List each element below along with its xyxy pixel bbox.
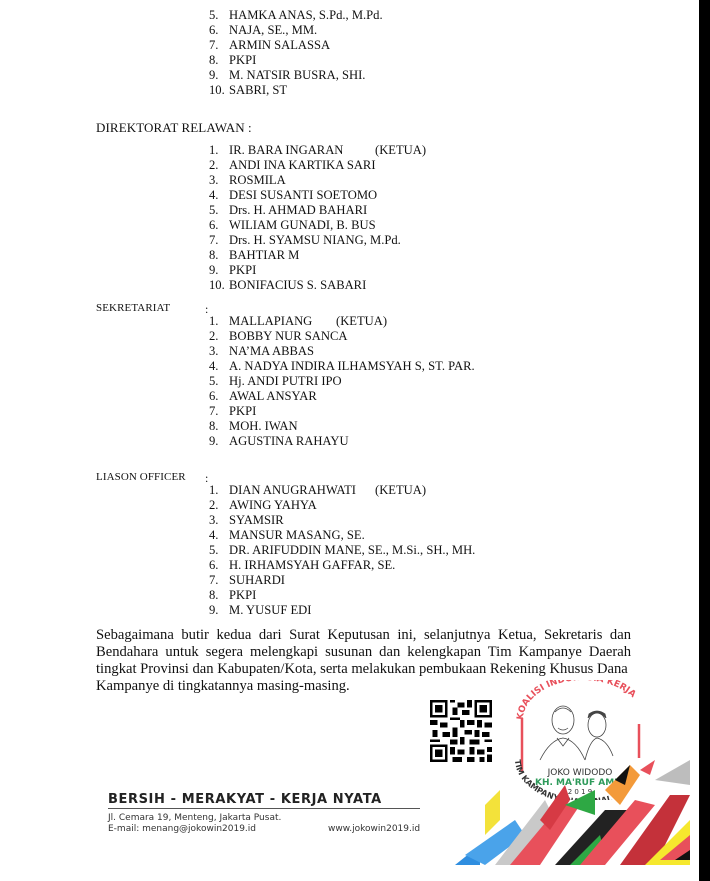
footer-motto: BERSIH - MERAKYAT - KERJA NYATA [108, 792, 382, 807]
list-item: 9.AGUSTINA RAHAYU [209, 434, 475, 449]
item-number: 1. [209, 314, 229, 329]
list-item: 1.IR. BARA INGARAN(KETUA) [209, 143, 401, 158]
member-name: AWAL ANSYAR [229, 389, 317, 403]
section-label-liason-officer: LIASON OFFICER [96, 471, 186, 483]
list-item: 4.MANSUR MASANG, SE. [209, 528, 475, 543]
member-name: BAHTIAR M [229, 248, 299, 262]
member-name: SABRI, ST [229, 83, 287, 97]
list-item: 10.SABRI, ST [209, 83, 383, 98]
paragraph-body: Sebagaimana butir kedua dari Surat Keput… [96, 627, 631, 678]
item-number: 6. [209, 389, 229, 404]
member-name: MALLAPIANG [229, 314, 312, 328]
member-name: H. IRHAMSYAH GAFFAR, SE. [229, 558, 395, 572]
member-name: IR. BARA INGARAN [229, 143, 343, 157]
list-item: 2.ANDI INA KARTIKA SARI [209, 158, 401, 173]
item-number: 10. [209, 278, 229, 293]
member-name: MOH. IWAN [229, 419, 298, 433]
section-label-sekretariat: SEKRETARIAT [96, 302, 170, 314]
item-number: 2. [209, 498, 229, 513]
item-number: 2. [209, 329, 229, 344]
item-number: 8. [209, 248, 229, 263]
svg-text:KOALISI INDONESIA KERJA: KOALISI INDONESIA KERJA [516, 680, 638, 720]
member-name: A. NADYA INDIRA ILHAMSYAH S, ST. PAR. [229, 359, 475, 373]
footer-address: Jl. Cemara 19, Menteng, Jakarta Pusat. [108, 813, 281, 823]
member-list-continued: 5.HAMKA ANAS, S.Pd., M.Pd.6.NAJA, SE., M… [209, 8, 383, 98]
list-item: 1.DIAN ANUGRAHWATI(KETUA) [209, 483, 475, 498]
ketua-tag: (KETUA) [375, 143, 426, 158]
member-name: DIAN ANUGRAHWATI [229, 483, 356, 497]
list-item: 7.ARMIN SALASSA [209, 38, 383, 53]
sekretariat-list: 1.MALLAPIANG(KETUA)2.BOBBY NUR SANCA3.NA… [209, 314, 475, 449]
item-number: 5. [209, 543, 229, 558]
member-name: AWING YAHYA [229, 498, 317, 512]
member-name: WILIAM GUNADI, B. BUS [229, 218, 376, 232]
item-number: 2. [209, 158, 229, 173]
item-number: 5. [209, 374, 229, 389]
item-number: 3. [209, 173, 229, 188]
member-name: AGUSTINA RAHAYU [229, 434, 349, 448]
item-number: 3. [209, 513, 229, 528]
footer-divider [108, 808, 420, 809]
item-number: 9. [209, 68, 229, 83]
item-number: 3. [209, 344, 229, 359]
item-number: 7. [209, 573, 229, 588]
item-number: 10. [209, 83, 229, 98]
list-item: 7.SUHARDI [209, 573, 475, 588]
ketua-tag: (KETUA) [375, 483, 426, 498]
geometric-decoration [455, 760, 695, 865]
list-item: 5.DR. ARIFUDDIN MANE, SE., M.Si., SH., M… [209, 543, 475, 558]
item-number: 9. [209, 434, 229, 449]
member-name: DESI SUSANTI SOETOMO [229, 188, 377, 202]
list-item: 3.ROSMILA [209, 173, 401, 188]
item-number: 1. [209, 483, 229, 498]
colon: : [205, 471, 208, 486]
liason-officer-list: 1.DIAN ANUGRAHWATI(KETUA)2.AWING YAHYA3.… [209, 483, 475, 618]
member-name: BONIFACIUS S. SABARI [229, 278, 366, 292]
list-item: 8.PKPI [209, 53, 383, 68]
member-name: ROSMILA [229, 173, 286, 187]
list-item: 7.Drs. H. SYAMSU NIANG, M.Pd. [209, 233, 401, 248]
item-number: 1. [209, 143, 229, 158]
section-label-direktorat-relawan: DIREKTORAT RELAWAN : [96, 120, 252, 136]
list-item: 4.DESI SUSANTI SOETOMO [209, 188, 401, 203]
list-item: 5.Hj. ANDI PUTRI IPO [209, 374, 475, 389]
member-name: Drs. H. AHMAD BAHARI [229, 203, 367, 217]
member-name: MANSUR MASANG, SE. [229, 528, 365, 542]
member-name: NA’MA ABBAS [229, 344, 314, 358]
member-name: Hj. ANDI PUTRI IPO [229, 374, 342, 388]
list-item: 6.H. IRHAMSYAH GAFFAR, SE. [209, 558, 475, 573]
member-name: NAJA, SE., MM. [229, 23, 317, 37]
member-name: M. YUSUF EDI [229, 603, 311, 617]
direktorat-relawan-list: 1.IR. BARA INGARAN(KETUA)2.ANDI INA KART… [209, 143, 401, 293]
list-item: 2.AWING YAHYA [209, 498, 475, 513]
member-name: ARMIN SALASSA [229, 38, 330, 52]
member-name: SYAMSIR [229, 513, 284, 527]
list-item: 9.M. NATSIR BUSRA, SHI. [209, 68, 383, 83]
member-name: PKPI [229, 53, 256, 67]
list-item: 7.PKPI [209, 404, 475, 419]
ketua-tag: (KETUA) [336, 314, 387, 329]
footer-website: www.jokowin2019.id [328, 824, 420, 834]
list-item: 3.SYAMSIR [209, 513, 475, 528]
member-name: SUHARDI [229, 573, 285, 587]
list-item: 5.Drs. H. AHMAD BAHARI [209, 203, 401, 218]
portrait-sketch-icon [540, 706, 613, 760]
item-number: 8. [209, 53, 229, 68]
qr-code-icon [430, 700, 492, 762]
member-name: Drs. H. SYAMSU NIANG, M.Pd. [229, 233, 401, 247]
item-number: 4. [209, 528, 229, 543]
member-name: BOBBY NUR SANCA [229, 329, 348, 343]
list-item: 4.A. NADYA INDIRA ILHAMSYAH S, ST. PAR. [209, 359, 475, 374]
list-item: 8.BAHTIAR M [209, 248, 401, 263]
member-name: HAMKA ANAS, S.Pd., M.Pd. [229, 8, 383, 22]
footer-email: E-mail: menang@jokowin2019.id [108, 824, 256, 834]
item-number: 4. [209, 359, 229, 374]
list-item: 8.MOH. IWAN [209, 419, 475, 434]
item-number: 6. [209, 218, 229, 233]
member-name: M. NATSIR BUSRA, SHI. [229, 68, 365, 82]
list-item: 2.BOBBY NUR SANCA [209, 329, 475, 344]
scan-border [699, 0, 710, 881]
document-page: 5.HAMKA ANAS, S.Pd., M.Pd.6.NAJA, SE., M… [0, 0, 699, 881]
list-item: 9.M. YUSUF EDI [209, 603, 475, 618]
list-item: 10.BONIFACIUS S. SABARI [209, 278, 401, 293]
list-item: 9.PKPI [209, 263, 401, 278]
member-name: ANDI INA KARTIKA SARI [229, 158, 376, 172]
list-item: 6.WILIAM GUNADI, B. BUS [209, 218, 401, 233]
item-number: 7. [209, 404, 229, 419]
list-item: 8.PKPI [209, 588, 475, 603]
item-number: 6. [209, 23, 229, 38]
item-number: 7. [209, 38, 229, 53]
item-number: 5. [209, 8, 229, 23]
member-name: DR. ARIFUDDIN MANE, SE., M.Si., SH., MH. [229, 543, 475, 557]
member-name: PKPI [229, 263, 256, 277]
item-number: 6. [209, 558, 229, 573]
item-number: 9. [209, 603, 229, 618]
item-number: 8. [209, 419, 229, 434]
item-number: 4. [209, 188, 229, 203]
item-number: 8. [209, 588, 229, 603]
list-item: 5.HAMKA ANAS, S.Pd., M.Pd. [209, 8, 383, 23]
item-number: 5. [209, 203, 229, 218]
item-number: 7. [209, 233, 229, 248]
item-number: 9. [209, 263, 229, 278]
list-item: 6.AWAL ANSYAR [209, 389, 475, 404]
stamp-arc-top: KOALISI INDONESIA KERJA [516, 680, 638, 720]
list-item: 3.NA’MA ABBAS [209, 344, 475, 359]
list-item: 1.MALLAPIANG(KETUA) [209, 314, 475, 329]
member-name: PKPI [229, 404, 256, 418]
member-name: PKPI [229, 588, 256, 602]
colon: : [205, 302, 208, 317]
list-item: 6.NAJA, SE., MM. [209, 23, 383, 38]
